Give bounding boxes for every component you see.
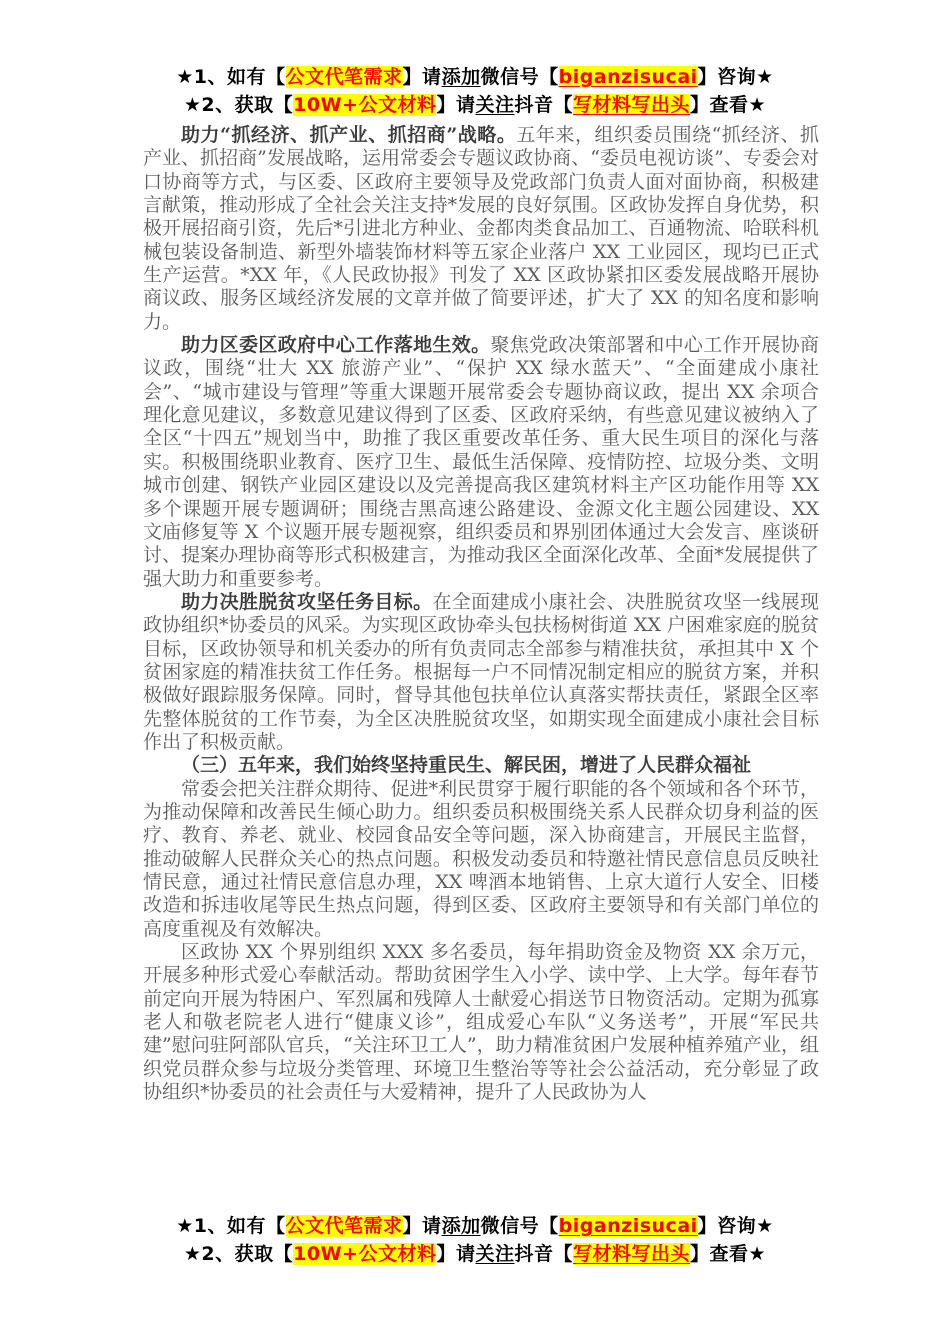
banner-text-segment: 】请 <box>403 66 442 88</box>
banner-text-segment: 】查看★ <box>690 1243 766 1265</box>
promo-banner-top-line-1: ★1、如有【公文代笔需求】请添加微信号【biganzisucai】咨询★ <box>0 63 950 91</box>
banner-highlighted-keyword: 写材料写出头 <box>573 1243 690 1265</box>
promo-banner-top-line-2: ★2、获取【10W+公文材料】请关注抖音【写材料写出头】查看★ <box>0 91 950 119</box>
banner-text-segment: 抖音【 <box>515 1243 574 1265</box>
document-body: 助力“抓经济、抓产业、抓招商”战略。五年来，组织委员围绕“抓经济、抓产业、抓招商… <box>143 124 819 1104</box>
paragraph-lead: 助力区委区政府中心工作落地生效。 <box>181 334 491 356</box>
banner-highlighted-keyword: 写材料写出头 <box>573 94 690 116</box>
banner-text-segment: 】请 <box>436 94 475 116</box>
banner-text-segment: 】请 <box>403 1215 442 1237</box>
banner-highlighted-keyword: 10W+公文材料 <box>293 1243 436 1265</box>
banner-text-segment: ★2、获取【 <box>184 1243 293 1265</box>
banner-text-segment: 关注 <box>476 94 515 116</box>
body-paragraph: 助力区委区政府中心工作落地生效。聚焦党政决策部署和中心工作开展协商议政，围绕“壮… <box>143 334 819 591</box>
banner-text-segment: 】请 <box>436 1243 475 1265</box>
body-paragraph: 助力“抓经济、抓产业、抓招商”战略。五年来，组织委员围绕“抓经济、抓产业、抓招商… <box>143 124 819 334</box>
banner-highlighted-keyword: 公文代笔需求 <box>286 66 403 88</box>
promo-banner-bottom-line-1: ★1、如有【公文代笔需求】请添加微信号【biganzisucai】咨询★ <box>0 1212 950 1240</box>
banner-text-segment: ★1、如有【 <box>176 1215 285 1237</box>
promo-banner-bottom-line-2: ★2、获取【10W+公文材料】请关注抖音【写材料写出头】查看★ <box>0 1240 950 1268</box>
banner-highlighted-keyword: 10W+公文材料 <box>293 94 436 116</box>
banner-text-segment: ★1、如有【 <box>176 66 285 88</box>
banner-text-segment: 添加 <box>442 66 481 88</box>
banner-text-segment: 】查看★ <box>690 94 766 116</box>
body-paragraph: 区政协 XX 个界别组织 XXX 多名委员，每年捐助资金及物资 XX 余万元，开… <box>143 941 819 1104</box>
banner-text-segment: 】咨询★ <box>698 1215 774 1237</box>
banner-text-segment: 抖音【 <box>515 94 574 116</box>
promo-banner-top: ★1、如有【公文代笔需求】请添加微信号【biganzisucai】咨询★ ★2、… <box>0 63 950 119</box>
banner-highlighted-keyword: biganzisucai <box>559 1215 698 1237</box>
banner-text-segment: 】咨询★ <box>698 66 774 88</box>
banner-text-segment: 关注 <box>476 1243 515 1265</box>
document-page: ★1、如有【公文代笔需求】请添加微信号【biganzisucai】咨询★ ★2、… <box>0 0 950 1344</box>
paragraph-lead: 助力决胜脱贫攻坚任务目标。 <box>181 591 432 613</box>
banner-text-segment: 微信号【 <box>481 1215 559 1237</box>
banner-text-segment: 微信号【 <box>481 66 559 88</box>
promo-banner-bottom: ★1、如有【公文代笔需求】请添加微信号【biganzisucai】咨询★ ★2、… <box>0 1212 950 1268</box>
banner-highlighted-keyword: biganzisucai <box>559 66 698 88</box>
section-heading: （三）五年来，我们始终坚持重民生、解民困，增进了人民群众福祉 <box>143 754 819 777</box>
banner-text-segment: 添加 <box>442 1215 481 1237</box>
body-paragraph: 助力决胜脱贫攻坚任务目标。在全面建成小康社会、决胜脱贫攻坚一线展现政协组织*协委… <box>143 591 819 754</box>
paragraph-lead: 助力“抓经济、抓产业、抓招商”战略。 <box>181 124 516 146</box>
body-paragraph: 常委会把关注群众期待、促进*利民贯穿于履行职能的各个领域和各个环节，为推动保障和… <box>143 778 819 941</box>
banner-text-segment: ★2、获取【 <box>184 94 293 116</box>
banner-highlighted-keyword: 公文代笔需求 <box>286 1215 403 1237</box>
